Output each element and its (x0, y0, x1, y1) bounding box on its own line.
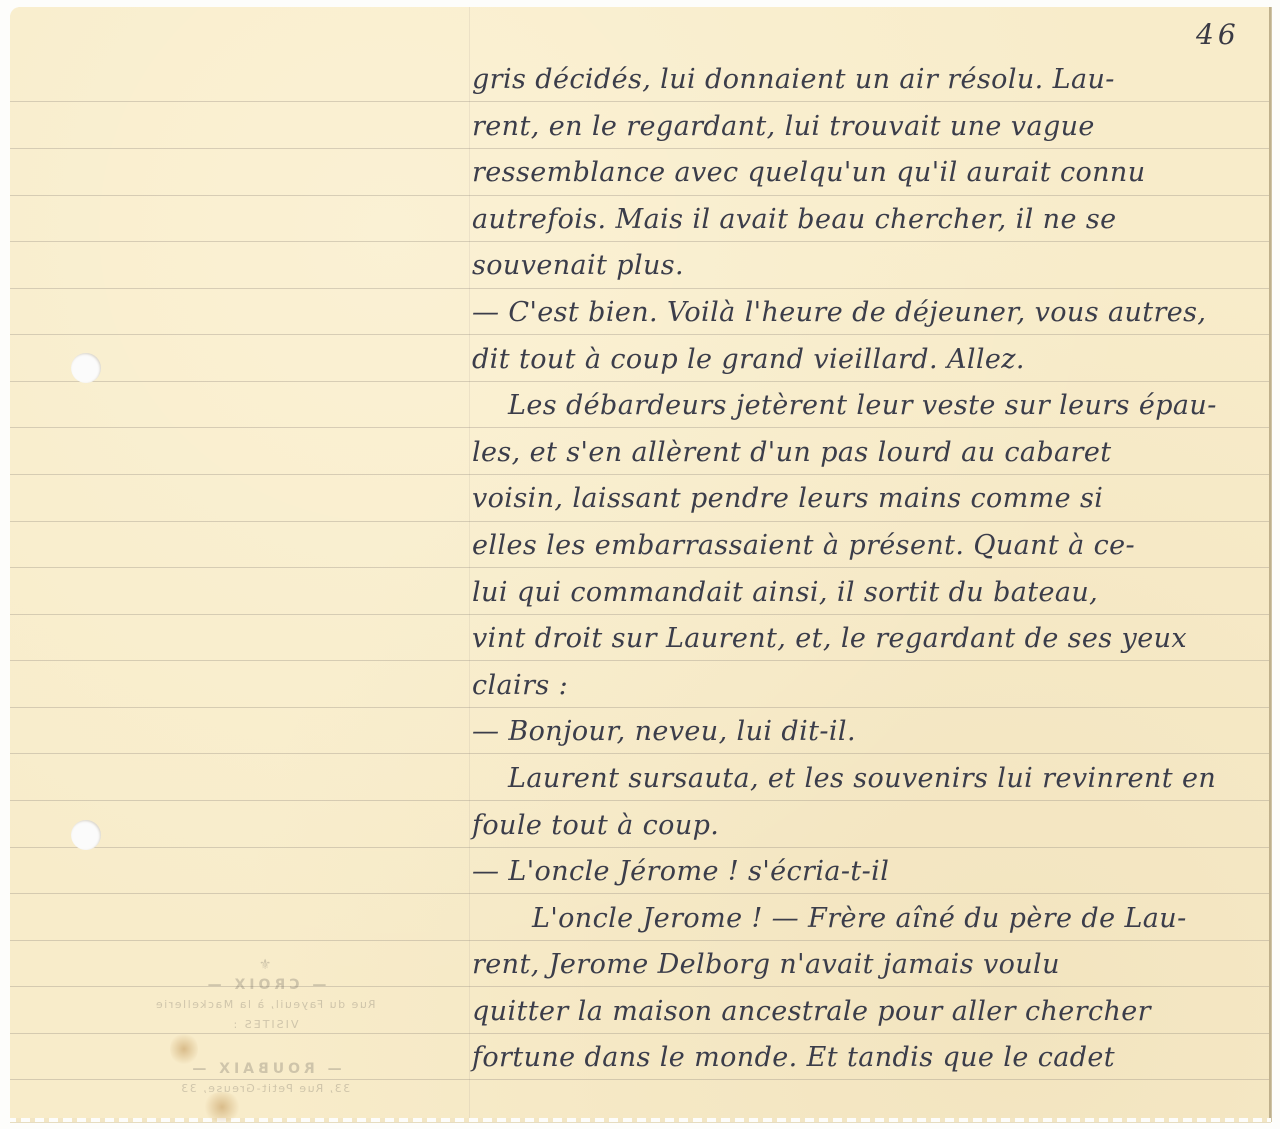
text-line: L'oncle Jerome ! — Frère aîné du père de… (472, 896, 1262, 943)
letterhead-showthrough: ⚜ — CROIX — Rue du Fayeuil, à la Mackell… (140, 955, 390, 1099)
text-line: rent, Jerome Delborg n'avait jamais voul… (472, 942, 1262, 989)
text-line: Les débardeurs jetèrent leur veste sur l… (472, 383, 1262, 430)
text-line: ressemblance avec quelqu'un qu'il aurait… (472, 150, 1262, 197)
text-line: les, et s'en allèrent d'un pas lourd au … (472, 430, 1262, 477)
text-line: autrefois. Mais il avait beau chercher, … (472, 197, 1262, 244)
punch-hole-bottom (71, 820, 101, 850)
paper-edge (1269, 7, 1271, 1122)
text-line: souvenait plus. (472, 243, 1262, 290)
text-line: — Bonjour, neveu, lui dit-il. (472, 709, 1262, 756)
text-line: voisin, laissant pendre leurs mains comm… (472, 476, 1262, 523)
text-line: Laurent sursauta, et les souvenirs lui r… (472, 756, 1262, 803)
punch-hole-top (71, 353, 101, 383)
text-line: — L'oncle Jérome ! s'écria-t-il (472, 849, 1262, 896)
text-line: elles les embarrassaient à présent. Quan… (472, 523, 1262, 570)
letterhead-address-bottom: 33, Rue Petit-Greuse, 33 (140, 1079, 390, 1099)
letterhead-visits: VISITES : (140, 1015, 390, 1035)
text-line: vint droit sur Laurent, et, le regardant… (472, 616, 1262, 663)
text-line: fortune dans le monde. Et tandis que le … (472, 1035, 1262, 1082)
page-number: 46 (1196, 18, 1240, 51)
text-line: clairs : (472, 663, 1262, 710)
text-line: lui qui commandait ainsi, il sortit du b… (472, 570, 1262, 617)
letterhead-address-top: Rue du Fayeuil, à la Mackellerie (140, 995, 390, 1015)
text-line: rent, en le regardant, lui trouvait une … (472, 104, 1262, 151)
manuscript-text: gris décidés, lui donnaient un air résol… (472, 57, 1262, 1082)
text-line: gris décidés, lui donnaient un air résol… (472, 57, 1262, 104)
text-line: foule tout à coup. (472, 803, 1262, 850)
letterhead-city-top: — CROIX — (140, 975, 390, 995)
fleur-de-lis-icon: ⚜ (140, 955, 390, 975)
text-line: quitter la maison ancestrale pour aller … (472, 989, 1262, 1036)
letterhead-city-bottom: — ROUBAIX — (140, 1059, 390, 1079)
text-line: dit tout à coup le grand vieillard. Alle… (472, 337, 1262, 384)
text-line: — C'est bien. Voilà l'heure de déjeuner,… (472, 290, 1262, 337)
margin-line (469, 7, 470, 1122)
torn-bottom-edge (10, 1118, 1271, 1122)
